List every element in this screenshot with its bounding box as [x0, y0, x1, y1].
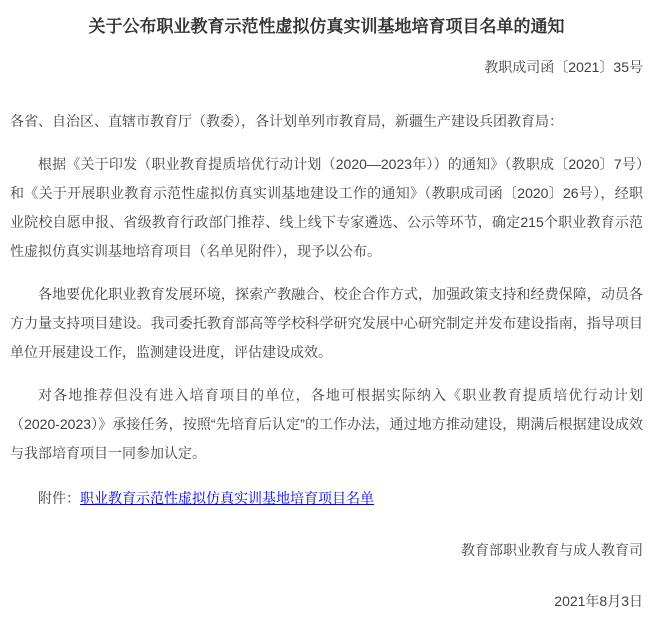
salutation-line: 各省、自治区、直辖市教育厅（教委），各计划单列市教育局，新疆生产建设兵团教育局：	[10, 107, 643, 136]
body-paragraph-2: 各地要优化职业教育发展环境，探索产教融合、校企合作方式，加强政策支持和经费保障，…	[10, 280, 643, 367]
attachment-link[interactable]: 职业教育示范性虚拟仿真实训基地培育项目名单	[80, 490, 374, 506]
notice-document: 关于公布职业教育示范性虚拟仿真实训基地培育项目名单的通知 教职成司函〔2021〕…	[0, 0, 662, 629]
issuing-department: 教育部职业教育与成人教育司	[10, 536, 643, 565]
document-number: 教职成司函〔2021〕35号	[10, 53, 643, 82]
page-title: 关于公布职业教育示范性虚拟仿真实训基地培育项目名单的通知	[10, 14, 643, 40]
attachment-line: 附件：职业教育示范性虚拟仿真实训基地培育项目名单	[10, 484, 643, 513]
body-paragraph-1: 根据《关于印发（职业教育提质培优行动计划（2020—2023年））的通知》（教职…	[10, 150, 643, 266]
issue-date: 2021年8月3日	[10, 587, 643, 616]
attachment-label: 附件：	[38, 490, 80, 506]
body-paragraph-3: 对各地推荐但没有进入培育项目的单位，各地可根据实际纳入《职业教育提质培优行动计划…	[10, 381, 643, 468]
